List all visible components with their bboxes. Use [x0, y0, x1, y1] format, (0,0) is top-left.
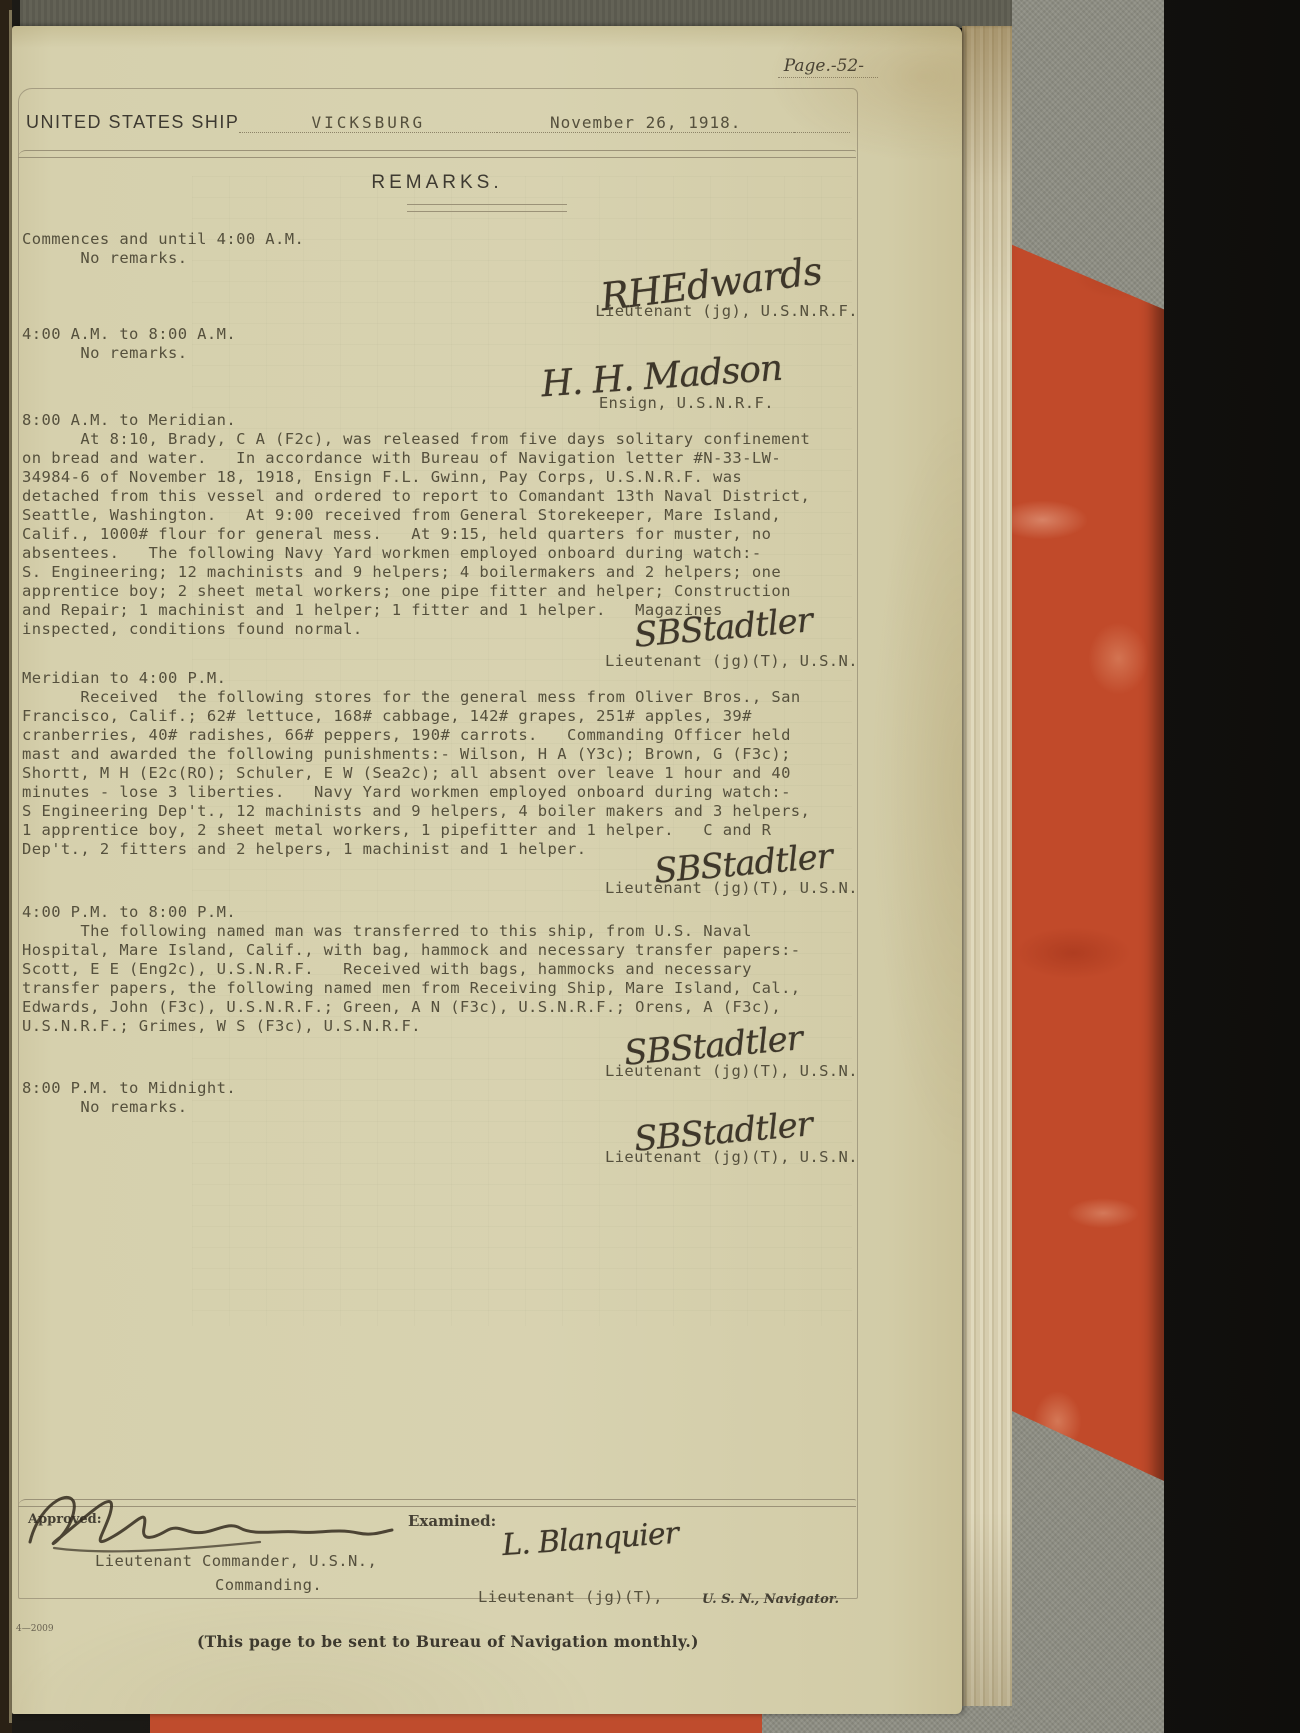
log-date: November 26, 1918.: [497, 113, 794, 133]
book-cover-marbled: [1012, 0, 1164, 1733]
logbook-scan: Page.-52- UNITED STATES SHIP VICKSBURG N…: [0, 0, 1300, 1733]
watch-period: 4:00 A.M. to 8:00 A.M.: [22, 325, 882, 344]
page-stack-edges: [962, 26, 1014, 1714]
log-page: Page.-52- UNITED STATES SHIP VICKSBURG N…: [12, 26, 962, 1714]
section-title-rule: [407, 204, 567, 212]
navigator-title: U. S. N., Navigator.: [702, 1592, 839, 1607]
book-spine-edge: [0, 0, 12, 1733]
cover-corner-cloth-bottom: [1012, 1383, 1164, 1733]
entry-body: The following named man was transferred …: [22, 922, 882, 1036]
form-header: UNITED STATES SHIP VICKSBURG November 26…: [26, 112, 850, 133]
commander-title: Commanding.: [215, 1576, 322, 1595]
watch-period: Meridian to 4:00 P.M.: [22, 669, 882, 688]
navigator-rank: Lieutenant (jg)(T),: [478, 1588, 663, 1607]
dotted-leader: [794, 114, 850, 133]
section-title: REMARKS.: [18, 172, 856, 194]
log-entry: 4:00 P.M. to 8:00 P.M. The following nam…: [22, 903, 882, 1036]
commander-rank: Lieutenant Commander, U.S.N.,: [95, 1552, 377, 1571]
examined-label: Examined:: [408, 1512, 496, 1530]
ship-name: VICKSBURG: [239, 113, 497, 133]
ship-label: UNITED STATES SHIP: [26, 112, 239, 133]
watch-period: Commences and until 4:00 A.M.: [22, 230, 882, 249]
signature-rank: Lieutenant (jg), U.S.N.R.F.: [595, 302, 858, 321]
header-rule: [18, 150, 856, 158]
page-number: Page.-52-: [778, 56, 878, 78]
watch-period: 8:00 A.M. to Meridian.: [22, 411, 882, 430]
signature-rank: Lieutenant (jg)(T), U.S.N.: [605, 879, 858, 898]
entry-body: Received the following stores for the ge…: [22, 688, 882, 859]
footer-note: (This page to be sent to Bureau of Navig…: [197, 1632, 699, 1651]
cover-top-edge: [20, 0, 1015, 28]
cover-corner-cloth-top: [1012, 0, 1164, 340]
watch-period: 8:00 P.M. to Midnight.: [22, 1079, 882, 1098]
form-number: 4—2009: [16, 1624, 54, 1634]
signature-rank: Lieutenant (jg)(T), U.S.N.: [605, 1148, 858, 1167]
log-entry: Meridian to 4:00 P.M. Received the follo…: [22, 669, 882, 859]
watch-period: 4:00 P.M. to 8:00 P.M.: [22, 903, 882, 922]
